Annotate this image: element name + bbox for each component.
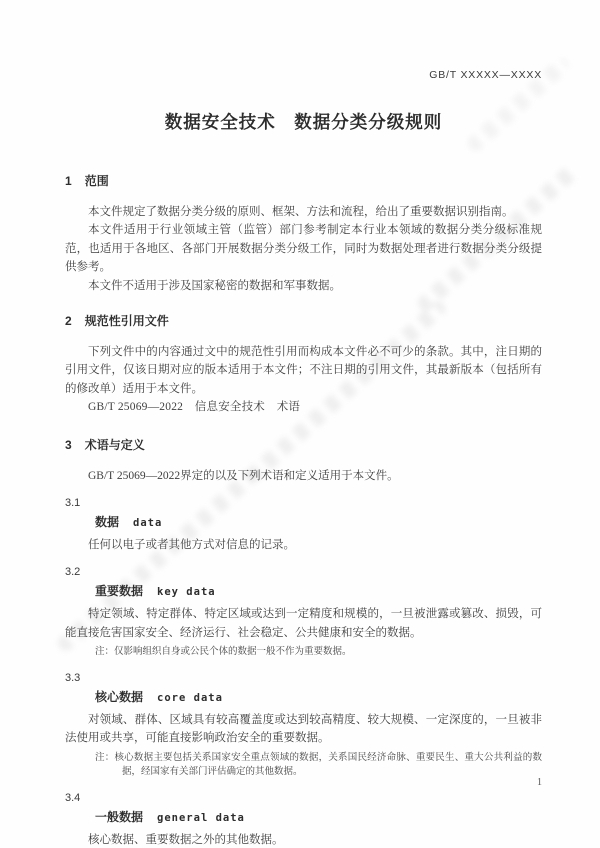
term-note: 注：核心数据主要包括关系国家安全重点领域的数据，关系国民经济命脉、重要民生、重大… [95,751,542,780]
term-chinese: 重要数据 [95,584,143,598]
term-block-key-data: 3.2 重要数据key data 特定领域、特定群体、特定区域或达到一定精度和规… [65,566,542,659]
scope-paragraph-3: 本文件不适用于涉及国家秘密的数据和军事数据。 [65,277,542,295]
section-terms-heading: 3术语与定义 [65,436,542,453]
term-title: 重要数据key data [95,582,542,599]
term-title: 核心数据core data [95,688,542,705]
section-title: 规范性引用文件 [85,314,169,328]
section-number: 1 [65,174,72,188]
section-title: 术语与定义 [85,438,145,452]
term-definition: 核心数据、重要数据之外的其他数据。 [65,831,542,848]
term-definition: 任何以电子或者其他方式对信息的记录。 [65,536,542,554]
section-number: 3 [65,438,72,452]
doc-number: GB/T XXXXX—XXXX [65,0,542,81]
reference-entry: GB/T 25069—2022 信息安全技术 术语 [65,398,542,416]
document-title: 数据安全技术 数据分类分级规则 [65,109,542,134]
term-number: 3.3 [65,672,542,684]
section-number: 2 [65,314,72,328]
term-definition: 特定领域、特定群体、特定区域或达到一定精度和规模的，一旦被泄露或篡改、损毁，可能… [65,605,542,642]
term-number: 3.2 [65,566,542,578]
term-chinese: 核心数据 [95,690,143,704]
term-block-data: 3.1 数据data 任何以电子或者其他方式对信息的记录。 [65,497,542,554]
term-number: 3.4 [65,792,542,804]
references-paragraph: 下列文件中的内容通过文中的规范性引用而构成本文件必不可少的条款。其中，注日期的引… [65,343,542,398]
term-note: 注：仅影响组织自身或公民个体的数据一般不作为重要数据。 [95,645,542,660]
term-chinese: 一般数据 [95,810,143,824]
term-block-general-data: 3.4 一般数据general data 核心数据、重要数据之外的其他数据。 [65,792,542,848]
term-english: core data [157,692,223,704]
term-english: data [133,517,162,529]
terms-intro: GB/T 25069—2022界定的以及下列术语和定义适用于本文件。 [65,467,542,485]
section-references-heading: 2规范性引用文件 [65,312,542,329]
page-content: GB/T XXXXX—XXXX 数据安全技术 数据分类分级规则 1范围 本文件规… [0,0,600,848]
scope-paragraph-1: 本文件规定了数据分类分级的原则、框架、方法和流程，给出了重要数据识别指南。 [65,203,542,221]
section-scope-heading: 1范围 [65,172,542,189]
term-block-core-data: 3.3 核心数据core data 对领域、群体、区域具有较高覆盖度或达到较高精… [65,672,542,780]
term-title: 数据data [95,513,542,530]
term-title: 一般数据general data [95,808,542,825]
page-number: 1 [537,777,542,788]
term-number: 3.1 [65,497,542,509]
section-title: 范围 [85,174,109,188]
term-chinese: 数据 [95,515,119,529]
term-english: general data [157,812,245,824]
scope-paragraph-2: 本文件适用于行业领域主管（监管）部门参考制定本行业本领域的数据分类分级标准规范，… [65,221,542,276]
term-definition: 对领域、群体、区域具有较高覆盖度或达到较高精度、较大规模、一定深度的，一旦被非法… [65,711,542,748]
document-page: GB/T XXXXX—XXXX 数据安全技术 数据分类分级规则 1范围 本文件规… [0,0,600,848]
term-english: key data [157,586,216,598]
